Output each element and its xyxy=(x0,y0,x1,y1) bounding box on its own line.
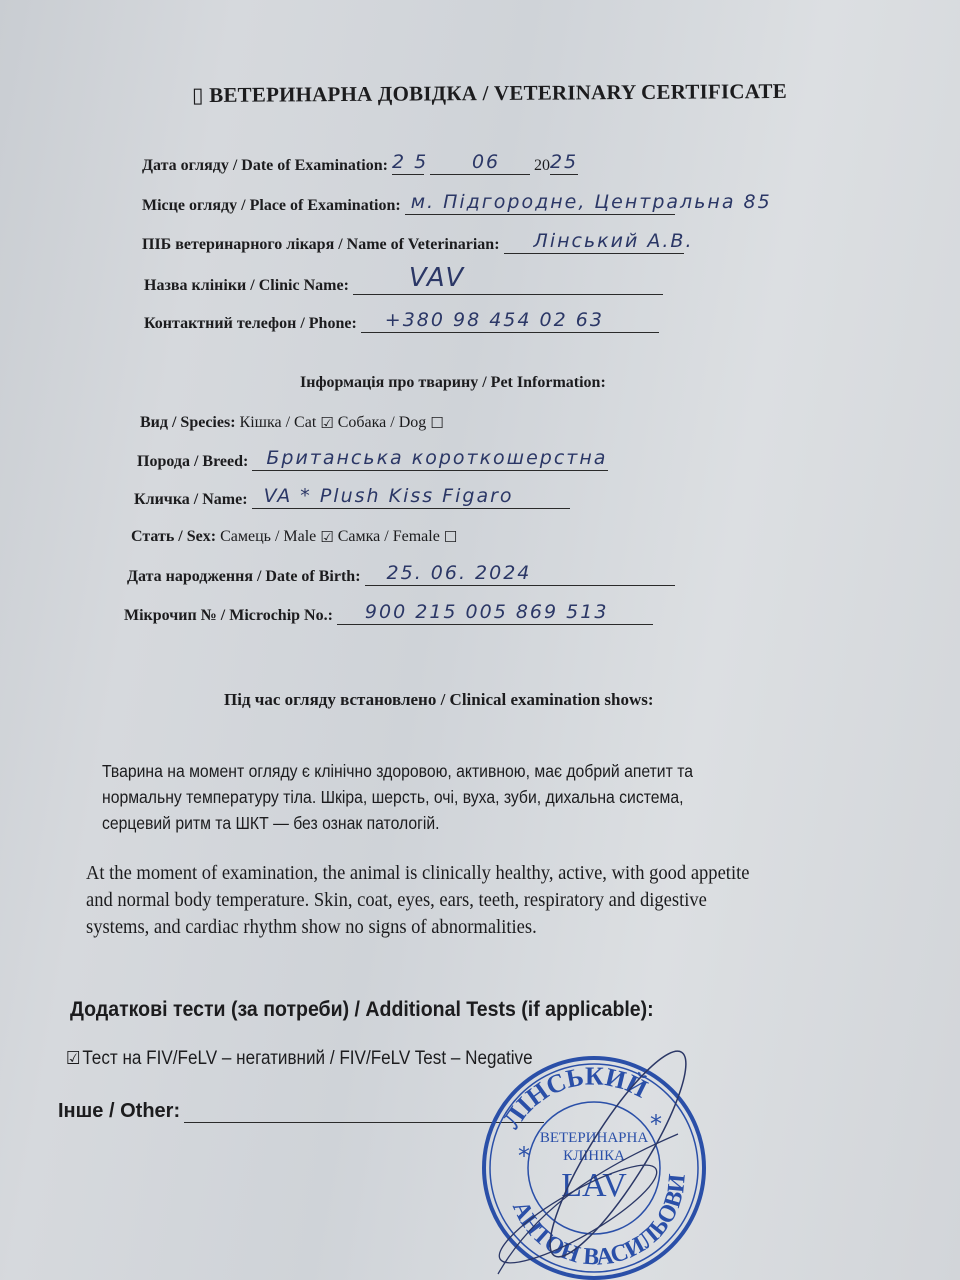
species-dog-label: Собака / Dog xyxy=(338,414,427,432)
phone-label: Контактний телефон / Phone: xyxy=(144,315,357,333)
pet-name-label: Кличка / Name: xyxy=(134,491,248,509)
clinic-field[interactable]: VAV xyxy=(353,276,663,295)
place-row: Місце огляду / Place of Examination: м. … xyxy=(142,196,675,215)
sex-female-label: Самка / Female xyxy=(338,528,440,546)
microchip-row: Мікрочип № / Microchip No.: 900 215 005 … xyxy=(124,606,653,625)
place-field[interactable]: м. Підгородне, Центральна 85 xyxy=(405,196,675,215)
phone-field[interactable]: +380 98 454 02 63 xyxy=(361,314,659,333)
dob-field[interactable]: 25. 06. 2024 xyxy=(365,567,675,586)
species-cat-label: Кішка / Cat xyxy=(240,414,317,432)
svg-text:LAV: LAV xyxy=(561,1167,627,1204)
breed-row: Порода / Breed: Британська короткошерстн… xyxy=(137,452,608,471)
fiv-felv-test-row: ☑Тест на FIV/FeLV – негативний / FIV/FeL… xyxy=(66,1048,533,1070)
exam-year-prefix: 20 xyxy=(534,157,550,175)
veterinarian-field[interactable]: Лінський А.В. xyxy=(504,235,684,254)
species-dog-checkbox[interactable]: ☐ xyxy=(430,414,443,432)
species-label: Вид / Species: xyxy=(140,414,236,432)
clinical-en-line: and normal body temperature. Skin, coat,… xyxy=(86,887,749,914)
microchip-field[interactable]: 900 215 005 869 513 xyxy=(337,606,653,625)
svg-text:*: * xyxy=(650,1110,662,1138)
sex-row: Стать / Sex: Самець / Male ☑ Самка / Fem… xyxy=(131,528,461,546)
stamp-seal-icon: ЛІНСЬКИЙ АНТОН ВАСИЛЬОВИЧ * * ВЕТЕРИНАРН… xyxy=(478,1044,708,1280)
species-cat-checkbox[interactable]: ☑ xyxy=(320,414,333,432)
fiv-felv-checkbox[interactable]: ☑ xyxy=(66,1048,81,1069)
dob-row: Дата народження / Date of Birth: 25. 06.… xyxy=(127,567,675,586)
additional-tests-heading: Додаткові тести (за потреби) / Additiona… xyxy=(70,998,654,1022)
sex-male-checkbox[interactable]: ☑ xyxy=(320,528,333,546)
other-row: Інше / Other: xyxy=(58,1100,544,1123)
dob-label: Дата народження / Date of Birth: xyxy=(127,568,361,586)
svg-text:ВЕТЕРИНАРНА: ВЕТЕРИНАРНА xyxy=(540,1130,649,1146)
exam-day-field[interactable]: 2 5 xyxy=(392,156,424,175)
svg-text:КЛІНІКА: КЛІНІКА xyxy=(563,1148,625,1164)
clinical-ua-line: нормальну температуру тіла. Шкіра, шерст… xyxy=(102,784,693,810)
pet-info-heading: Інформація про тварину / Pet Information… xyxy=(300,374,606,392)
sex-label: Стать / Sex: xyxy=(131,528,216,546)
exam-month-field[interactable]: 06 xyxy=(430,156,530,175)
clinical-ua-line: серцевий ритм та ШКТ — без ознак патолог… xyxy=(102,810,693,836)
clinic-label: Назва клініки / Clinic Name: xyxy=(144,277,349,295)
veterinarian-label: ПІБ ветеринарного лікаря / Name of Veter… xyxy=(142,236,500,254)
clinic-stamp: ЛІНСЬКИЙ АНТОН ВАСИЛЬОВИЧ * * ВЕТЕРИНАРН… xyxy=(478,1044,708,1280)
clinical-ua-line: Тварина на момент огляду є клінічно здор… xyxy=(102,758,693,784)
veterinarian-row: ПІБ ветеринарного лікаря / Name of Veter… xyxy=(142,235,684,254)
svg-text:ЛІНСЬКИЙ: ЛІНСЬКИЙ xyxy=(497,1062,652,1134)
clinical-heading: Під час огляду встановлено / Clinical ex… xyxy=(224,690,654,710)
place-label: Місце огляду / Place of Examination: xyxy=(142,197,401,215)
breed-label: Порода / Breed: xyxy=(137,453,248,471)
sex-female-checkbox[interactable]: ☐ xyxy=(444,528,457,546)
phone-row: Контактний телефон / Phone: +380 98 454 … xyxy=(144,314,659,333)
exam-year-field[interactable]: 25 xyxy=(550,156,578,175)
sex-male-label: Самець / Male xyxy=(220,528,316,546)
pet-name-field[interactable]: VA * Plush Kiss Figaro xyxy=(252,490,570,509)
svg-text:*: * xyxy=(518,1142,530,1170)
clinical-en-line: systems, and cardiac rhythm show no sign… xyxy=(86,914,749,941)
breed-field[interactable]: Британська короткошерстна xyxy=(252,452,608,471)
clinical-text-en: At the moment of examination, the animal… xyxy=(86,860,749,941)
certificate-page: ▯ ВЕТЕРИНАРНА ДОВІДКА / VETERINARY CERTI… xyxy=(0,0,960,1280)
exam-date-row: Дата огляду / Date of Examination: 2 5 0… xyxy=(142,156,578,175)
species-row: Вид / Species: Кішка / Cat ☑ Собака / Do… xyxy=(140,414,448,432)
clinic-row: Назва клініки / Clinic Name: VAV xyxy=(144,276,663,295)
pet-name-row: Кличка / Name: VA * Plush Kiss Figaro xyxy=(134,490,570,509)
clinical-en-line: At the moment of examination, the animal… xyxy=(86,860,749,887)
fiv-felv-test-label: Тест на FIV/FeLV – негативний / FIV/FeLV… xyxy=(82,1048,532,1069)
certificate-title: ▯ ВЕТЕРИНАРНА ДОВІДКА / VETERINARY CERTI… xyxy=(192,78,787,108)
clinical-text-ua: Тварина на момент огляду є клінічно здор… xyxy=(102,758,693,836)
exam-date-label: Дата огляду / Date of Examination: xyxy=(142,157,388,175)
other-label: Інше / Other: xyxy=(58,1100,180,1123)
microchip-label: Мікрочип № / Microchip No.: xyxy=(124,607,333,625)
